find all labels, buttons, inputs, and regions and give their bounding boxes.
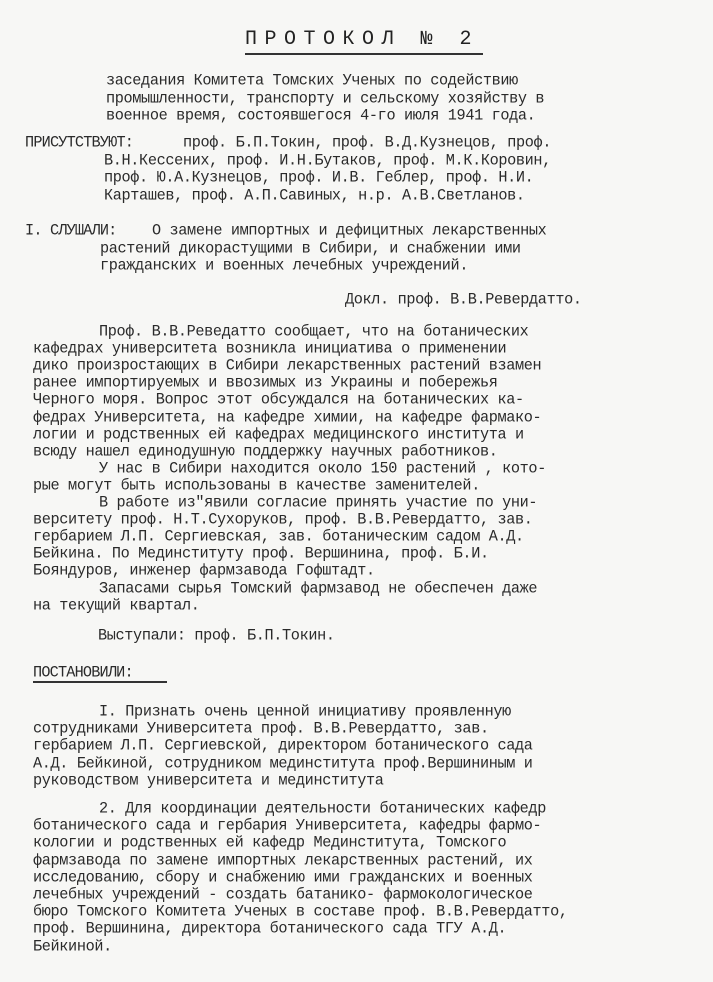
paragraph-line: рые могут быть использованы в качестве з… — [33, 477, 480, 494]
paragraph-line: бюро Томского Комитета Ученых в составе … — [33, 903, 568, 920]
paragraph-line: кафедрах университета возникла инициатив… — [33, 340, 506, 357]
paragraph-line: I. Признать очень ценной инициативу проя… — [99, 703, 511, 720]
paragraph-line: фармзавода по замене импортных лекарстве… — [33, 852, 533, 869]
heard-line: гражданских и военных лечебных учреждени… — [100, 257, 468, 274]
subtitle-line: промышленности, транспорту и сельскому х… — [106, 90, 544, 107]
paragraph-line: 2. Для координации деятельности ботаниче… — [99, 800, 546, 817]
resolved-label: ПОСТАНОВИЛИ: — [33, 664, 133, 681]
paragraph-line: на текущий квартал. — [33, 597, 200, 614]
heard-line: О замене импортных и дефицитных лекарств… — [152, 222, 546, 239]
paragraph-line: Черного моря. Вопрос этот обсуждался на … — [33, 391, 524, 408]
present-line: проф. Б.П.Токин, проф. В.Д.Кузнецов, про… — [183, 134, 551, 151]
paragraph-line: Проф. В.В.Реведатто сообщает, что на бот… — [99, 323, 528, 340]
paragraph-line: Запасами сырья Томский фармзавод не обес… — [99, 580, 537, 597]
present-label: ПРИСУТСТВУЮТ: — [25, 134, 133, 151]
document-title: ПРОТОКОЛ № 2 — [245, 28, 479, 51]
paragraph-line: сотрудниками Университета проф. В.В.Реве… — [33, 720, 489, 737]
paragraph-line: кологии и родственных ей кафедр Мединсти… — [33, 834, 506, 851]
present-line: Карташев, проф. А.П.Савиных, н.р. А.В.Св… — [104, 187, 525, 204]
paragraph-line: Бейкиной. — [33, 938, 112, 955]
paragraph-line: Бояндуров, инженер фармзавода Гофштадт. — [33, 562, 375, 579]
typewritten-page: ПРОТОКОЛ № 2 заседания Комитета Томских … — [0, 0, 713, 982]
paragraph-line: гербарием Л.П. Сергиевской, директором б… — [33, 737, 533, 754]
paragraph-line: всюду нашел единодушную поддержку научны… — [33, 443, 498, 460]
subtitle-line: военное время, состоявшегося 4-го июля 1… — [106, 107, 535, 124]
paragraph-line: логии и родственных ей кафедрах медицинс… — [33, 426, 524, 443]
paragraph-line: верситету проф. Н.Т.Сухоруков, проф. В.В… — [33, 511, 533, 528]
resolved-underline — [33, 681, 167, 683]
paragraph-line: гербарием Л.П. Сергиевская, зав. ботанич… — [33, 528, 524, 545]
paragraph-line: Бейкина. По Мединституту проф. Вершинина… — [33, 545, 489, 562]
paragraph-line: В работе из"явили согласие принять участ… — [99, 494, 537, 511]
present-line: В.Н.Кессених, проф. И.Н.Бутаков, проф. М… — [104, 152, 551, 169]
paragraph-line: руководством университета и мединститута — [33, 772, 384, 789]
subtitle-line: заседания Комитета Томских Ученых по сод… — [106, 72, 518, 89]
title-underline — [245, 53, 483, 55]
heard-line: растений дикорастущими в Сибири, и снабж… — [100, 240, 521, 257]
present-line: проф. Ю.А.Кузнецов, проф. И.В. Геблер, п… — [104, 169, 533, 186]
paragraph-line: У нас в Сибири находится около 150 расте… — [99, 460, 546, 477]
paragraph-line: ранее импортируемых и ввозимых из Украин… — [33, 374, 498, 391]
spoke-line: Выступали: проф. Б.П.Токин. — [98, 627, 335, 644]
speaker-line: Докл. проф. В.В.Ревердатто. — [345, 291, 582, 308]
paragraph-line: федрах Университета, на кафедре химии, н… — [33, 409, 541, 426]
paragraph-line: лечебных учреждений - создать батанико- … — [33, 886, 533, 903]
paragraph-line: исследованию, сбору и снабжению ими граж… — [33, 869, 533, 886]
paragraph-line: ботанического сада и гербария Университе… — [33, 817, 541, 834]
paragraph-line: А.Д. Бейкиной, сотрудником мединститута … — [33, 755, 533, 772]
paragraph-line: проф. Вершинина, директора ботанического… — [33, 920, 506, 937]
paragraph-line: дико произростающих в Сибири лекарственн… — [33, 357, 541, 374]
heard-label: I. СЛУШАЛИ: — [25, 222, 116, 239]
